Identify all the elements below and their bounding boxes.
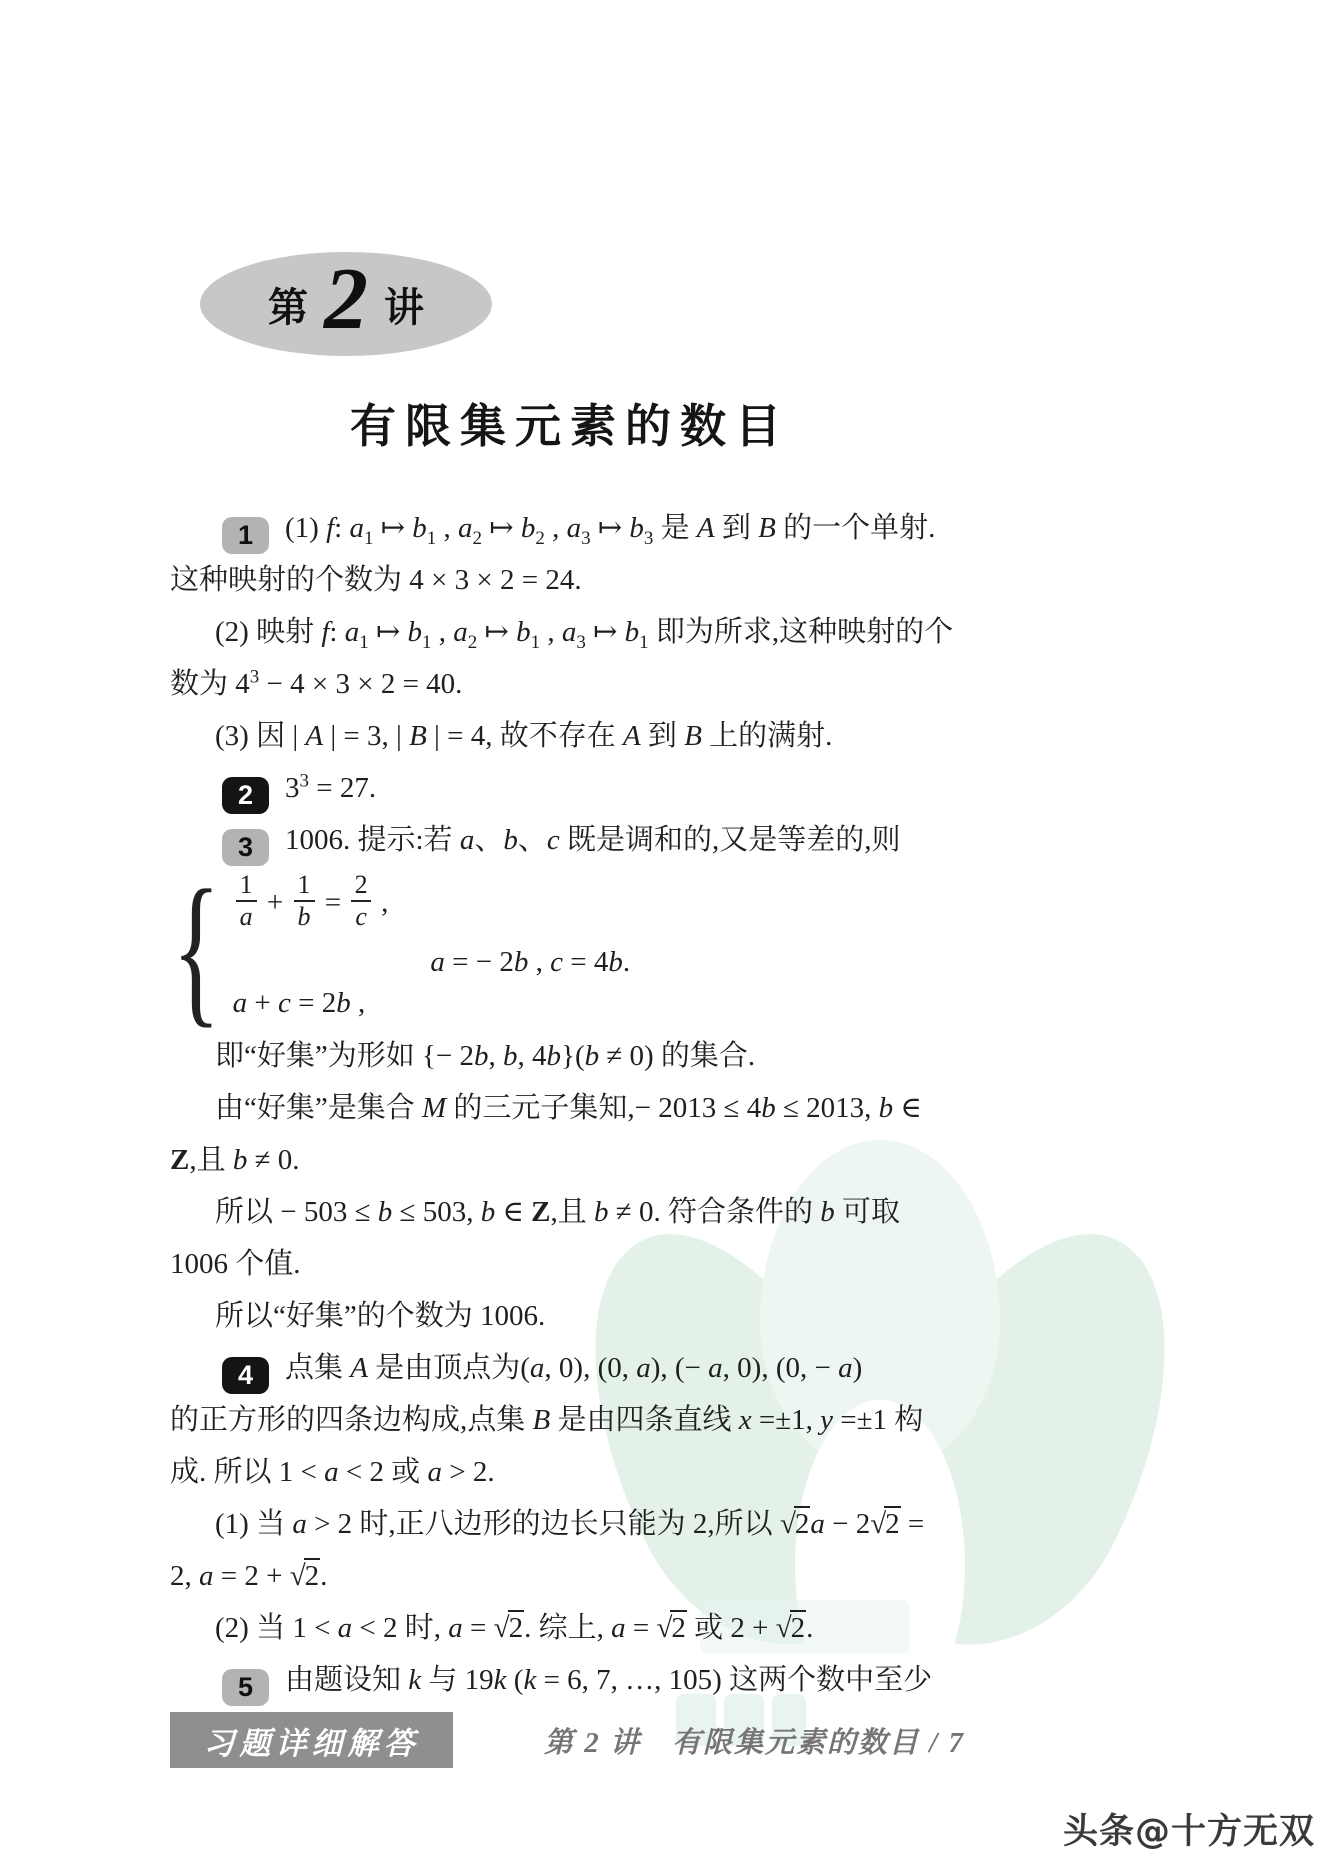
solution-line: 这种映射的个数为 4 × 3 × 2 = 24. xyxy=(170,554,970,606)
equation-line: 1a + 1b = 2c , xyxy=(233,874,389,936)
solution-line: 即“好集”为形如 {− 2b, b, 4b}(b ≠ 0) 的集合. xyxy=(170,1030,970,1082)
lecture-badge: 第 2 讲 xyxy=(200,252,492,356)
solution-line: 233 = 27. xyxy=(170,762,970,814)
solution-line: (1) 当 a > 2 时,正八边形的边长只能为 2,所以 √2a − 2√2 … xyxy=(170,1498,970,1550)
page-footer: 习题详细解答 第 2 讲 有限集元素的数目 / 7 xyxy=(170,1712,965,1768)
solution-line: (3) 因 | A | = 3, | B | = 4, 故不存在 A 到 B 上… xyxy=(170,710,970,762)
solution-line: 成. 所以 1 < a < 2 或 a > 2. xyxy=(170,1446,970,1498)
solution-line: 的正方形的四条边构成,点集 B 是由四条直线 x =±1, y =±1 构 xyxy=(170,1394,970,1446)
solution-line: 由“好集”是集合 M 的三元子集知,− 2013 ≤ 4b ≤ 2013, b … xyxy=(170,1082,970,1134)
lecture-badge-prefix: 第 xyxy=(268,276,308,333)
equation-line: a + c = 2b , xyxy=(233,983,389,1024)
solution-line: (2) 映射 f: a1 ↦ b1 , a2 ↦ b1 , a3 ↦ b1 即为… xyxy=(170,606,970,658)
problem-number-badge: 4 xyxy=(222,1357,269,1394)
page-title: 有限集元素的数目 xyxy=(170,390,970,456)
equation-result: a = − 2b , c = 4b. xyxy=(430,946,630,979)
brand-watermark: 头条@十方无双 xyxy=(1063,1804,1315,1854)
solution-line: 5由题设知 k 与 19k (k = 6, 7, …, 105) 这两个数中至少 xyxy=(170,1654,970,1706)
solution-line: 1006 个值. xyxy=(170,1238,970,1290)
solution-line: Z,且 b ≠ 0. xyxy=(170,1134,970,1186)
footer-section-label: 习题详细解答 xyxy=(170,1712,453,1768)
lecture-badge-number: 2 xyxy=(324,256,368,344)
solution-line: 所以 − 503 ≤ b ≤ 503, b ∈ Z,且 b ≠ 0. 符合条件的… xyxy=(170,1186,970,1238)
solution-line: 1(1) f: a1 ↦ b1 , a2 ↦ b2 , a3 ↦ b3 是 A … xyxy=(170,502,970,554)
brace-glyph: { xyxy=(172,865,220,1033)
problem-number-badge: 3 xyxy=(222,829,269,866)
problem-number-badge: 5 xyxy=(222,1669,269,1706)
solution-line: 31006. 提示:若 a、b、c 既是调和的,又是等差的,则 xyxy=(170,814,970,866)
solution-line: (2) 当 1 < a < 2 时, a = √2. 综上, a = √2 或 … xyxy=(170,1602,970,1654)
footer-chapter-page: 第 2 讲 有限集元素的数目 / 7 xyxy=(544,1720,965,1761)
lecture-badge-suffix: 讲 xyxy=(384,276,424,333)
solution-line: 2, a = 2 + √2. xyxy=(170,1550,970,1602)
equation-system: {1a + 1b = 2c ,a + c = 2b ,a = − 2b , c … xyxy=(170,870,970,1028)
solution-line: 4点集 A 是由顶点为(a, 0), (0, a), (− a, 0), (0,… xyxy=(170,1342,970,1394)
page-content: 第 2 讲 有限集元素的数目 1(1) f: a1 ↦ b1 , a2 ↦ b2… xyxy=(170,252,970,1706)
solution-line: 所以“好集”的个数为 1006. xyxy=(170,1290,970,1342)
textbook-page: 第 2 讲 有限集元素的数目 1(1) f: a1 ↦ b1 , a2 ↦ b2… xyxy=(0,0,1333,1871)
problem-number-badge: 1 xyxy=(222,517,269,554)
solution-body: 1(1) f: a1 ↦ b1 , a2 ↦ b2 , a3 ↦ b3 是 A … xyxy=(170,502,970,1706)
solution-line: 数为 43 − 4 × 3 × 2 = 40. xyxy=(170,658,970,710)
problem-number-badge: 2 xyxy=(222,777,269,814)
